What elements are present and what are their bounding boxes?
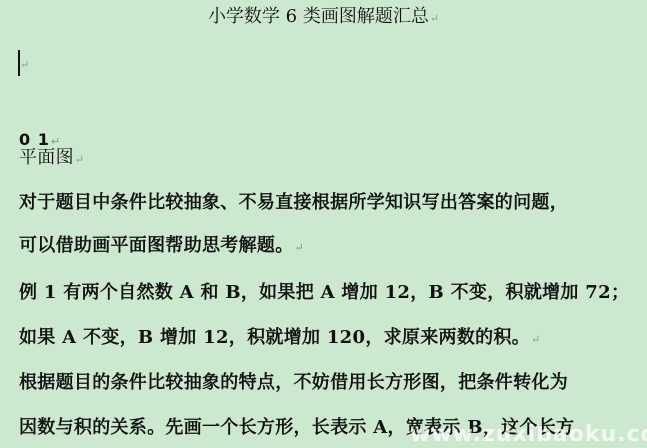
- paragraph-text: 如果 A 不变，B 增加 12，积就增加 120，求原来两数的积。: [19, 327, 530, 348]
- paragraph-mark-icon: ↵: [20, 58, 29, 71]
- paragraph-mark-icon: ↵: [430, 12, 439, 25]
- paragraph-text: 对于题目中条件比较抽象、不易直接根据所学知识写出答案的问题，: [19, 192, 568, 213]
- paragraph-line: 因数与积的关系。先画一个长方形，长表示 A，宽表示 B，这个长方: [19, 416, 574, 440]
- paragraph-text: 例 1 有两个自然数 A 和 B，如果把 A 增加 12，B 不变，积就增加 7…: [19, 282, 629, 303]
- paragraph-line: 根据题目的条件比较抽象的特点，不妨借用长方形图，把条件转化为: [19, 371, 568, 395]
- paragraph-line: 例 1 有两个自然数 A 和 B，如果把 A 增加 12，B 不变，积就增加 7…: [19, 281, 629, 305]
- paragraph-line: 对于题目中条件比较抽象、不易直接根据所学知识写出答案的问题，: [19, 191, 568, 215]
- document-title: 小学数学 6 类画图解题汇总↵: [0, 5, 647, 31]
- paragraph-mark-icon: ↵: [75, 153, 85, 166]
- paragraph-text: 根据题目的条件比较抽象的特点，不妨借用长方形图，把条件转化为: [19, 372, 568, 393]
- section-title-text: 平面图: [19, 147, 74, 168]
- paragraph-mark-icon: ↵: [531, 333, 541, 346]
- paragraph-line: 可以借助画平面图帮助思考解题。↵: [19, 234, 304, 260]
- paragraph-line: 如果 A 不变，B 增加 12，积就增加 120，求原来两数的积。↵: [19, 326, 541, 352]
- title-text: 小学数学 6 类画图解题汇总: [208, 6, 429, 27]
- paragraph-mark-icon: ↵: [295, 241, 305, 254]
- section-title: 平面图↵: [19, 146, 84, 172]
- paragraph-text: 可以借助画平面图帮助思考解题。: [19, 235, 294, 256]
- paragraph-text: 因数与积的关系。先画一个长方形，长表示 A，宽表示 B，这个长方: [19, 417, 574, 438]
- document-page: 小学数学 6 类画图解题汇总↵ ↵ 0 1↵ 平面图↵ 对于题目中条件比较抽象、…: [0, 0, 647, 448]
